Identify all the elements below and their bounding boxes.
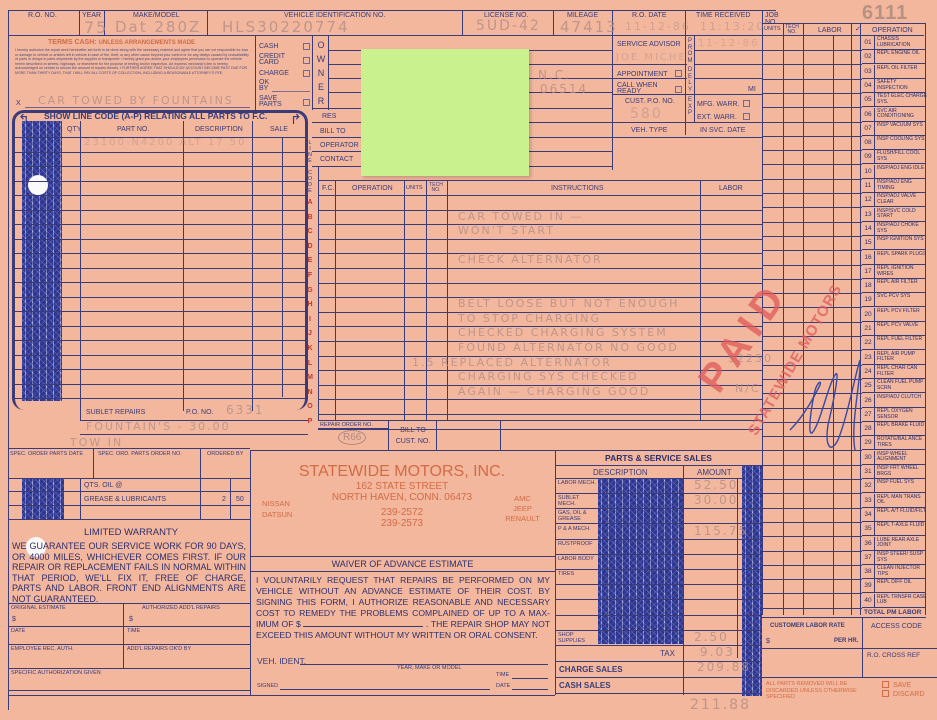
operation-number: 06: [862, 108, 875, 122]
exp-letter: P: [686, 110, 694, 117]
operation-item[interactable]: 27REPL OXYGEN SENSOR: [862, 408, 926, 422]
operation-number: 39: [862, 579, 875, 593]
total-pm-labor-label: TOTAL PM LABOR: [864, 610, 921, 617]
instruction-line[interactable]: TO STOP CHARGING: [458, 312, 601, 325]
owner-letter: W: [314, 52, 328, 66]
operation-item[interactable]: 24REPL CHAR CAN FILTER: [862, 365, 926, 379]
parts-banner: SHOW LINE CODE (A-P) RELATING ALL PARTS …: [44, 112, 267, 121]
operation-item[interactable]: 19SVC PCV SYS: [862, 293, 926, 307]
owner-letter: R: [314, 94, 328, 108]
operation-label: REPL ENGINE OIL: [877, 51, 927, 57]
operation-label: REPL TRNSFR CASE LUB: [877, 595, 927, 607]
sales-row-amount[interactable]: 30.00: [694, 493, 738, 507]
signature-scribble: [780, 355, 870, 470]
operation-label: INSP/ADJ ENG TIMING: [877, 180, 927, 192]
authorized-addl-dollar: $: [129, 616, 133, 623]
operation-number: 19: [862, 293, 875, 307]
in-svc-date-label: IN SVC. DATE: [700, 127, 745, 134]
operation-number: 15: [862, 236, 875, 250]
operation-number: 04: [862, 79, 875, 93]
line-code-i: I: [303, 313, 317, 328]
operation-label: REPL DIFF OIL: [877, 580, 927, 586]
labor-header: LABOR: [719, 185, 743, 192]
operation-label: INSP WHEEL ALIGNMENT: [877, 452, 927, 464]
sublet-repairs-label: SUBLET REPAIRS: [86, 409, 145, 416]
vin-value[interactable]: HLS30220774: [222, 18, 350, 36]
operation-label: REPL T-AXLE FLUID: [877, 523, 927, 529]
instruction-line[interactable]: CHECK ALTERNATOR: [458, 253, 603, 266]
instruction-line[interactable]: BELT LOOSE BUT NOT ENOUGH: [458, 297, 679, 310]
operation-item[interactable]: 31INSP FRT WHEEL BRGS: [862, 465, 926, 479]
credit-card-checkbox[interactable]: [303, 57, 310, 64]
cash-label: CASH: [259, 43, 278, 50]
operation-label: SAFETY INSPECTION: [877, 80, 927, 92]
operation-item[interactable]: 34REPL A/T FLUID/FILT: [862, 508, 926, 522]
time-label: TIME: [127, 629, 140, 635]
operation-number: 20: [862, 308, 875, 322]
operation-label: CHASSIS LUBRICATION: [877, 37, 927, 49]
appointment-checkbox[interactable]: [675, 70, 682, 77]
operation-label: REPL OXYGEN SENSOR: [877, 409, 927, 421]
operation-number: 38: [862, 565, 875, 579]
fc-header: F.C.: [322, 185, 334, 192]
operation-label: INSP STEER/ SUSP SYS: [877, 552, 927, 564]
labor-rate-dollar: $: [766, 638, 770, 645]
charge-sales-value[interactable]: 209.88: [697, 660, 751, 674]
operation-number: 34: [862, 508, 875, 522]
total-note[interactable]: 211.88: [690, 697, 751, 713]
res-label: RES: [322, 113, 336, 120]
employee-rec-label: EMPLOYEE REC. AUTH.: [11, 647, 74, 653]
date-label: DATE: [11, 629, 25, 635]
operation-item[interactable]: 20REPL PCV FILTER: [862, 308, 926, 322]
operation-number: 17: [862, 265, 875, 279]
operation-label: REPL PCV FILTER: [877, 309, 927, 315]
veh-type-label: VEH. TYPE: [631, 127, 667, 134]
operation-label: REPL OIL FILTER: [877, 66, 927, 72]
operation-item[interactable]: 07INSP VACUUM SYS: [862, 122, 926, 136]
line-code-label: LINE CODE: [305, 140, 313, 194]
punch-hole: [28, 175, 48, 195]
repair-order-value[interactable]: R66: [338, 430, 366, 445]
line-code-c: C: [303, 225, 317, 240]
sales-row-amount[interactable]: 115.75: [694, 524, 748, 538]
labor-note[interactable]: N/C: [735, 382, 761, 395]
line-code-a: A: [303, 196, 317, 211]
ro-date-value[interactable]: 11-12-86: [625, 20, 691, 33]
signed-label: SIGNED: [257, 684, 278, 690]
ro-no-label: R.O. NO.: [28, 12, 57, 19]
signature-x: X: [16, 100, 21, 107]
operation-item[interactable]: 21REPL PCV VALVE: [862, 322, 926, 336]
redacted-block: [22, 121, 62, 401]
operation-item[interactable]: 30INSP WHEEL ALIGNMENT: [862, 451, 926, 465]
operation-label: INSP IGNITION SYS: [877, 237, 927, 243]
bill-to-cust-no-label: BILL TO CUST. NO.: [392, 425, 434, 447]
tech-no-label: TECH NO.: [785, 25, 799, 35]
waiver-max-amount-field[interactable]: [303, 619, 423, 627]
dealer-name: STATEWIDE MOTORS, INC.: [252, 463, 552, 481]
operation-item[interactable]: 36LUBE REAR AXLE JOINT: [862, 537, 926, 551]
operation-label: INSP COOLING SYS: [877, 137, 927, 143]
call-when-ready-checkbox[interactable]: [675, 86, 682, 93]
operation-number: 03: [862, 65, 875, 79]
operation-label: INSP/SVC COLD START: [877, 209, 927, 221]
year-make-model-label: YEAR, MAKE OR MODEL: [397, 666, 462, 672]
operator-label: OPERATOR: [320, 142, 359, 149]
operation-number: 36: [862, 537, 875, 551]
operation-item[interactable]: 05TEST ELEC CHARGE SYS.: [862, 93, 926, 107]
operation-label: CLEAN FUEL PUMP SCRN: [877, 380, 927, 392]
operation-number: 13: [862, 208, 875, 222]
po-value[interactable]: 6331: [226, 403, 265, 417]
line-code-k: K: [303, 342, 317, 357]
contact-label: CONTACT: [320, 156, 353, 163]
prom-value[interactable]: 11-12-86: [698, 38, 759, 49]
operation-item[interactable]: 06SVC AIR CONDITIONING: [862, 108, 926, 122]
operation-number: 33: [862, 494, 875, 508]
sales-amount-header: AMOUNT: [697, 469, 732, 477]
operation-label: REPL A/T FLUID/FILT: [877, 509, 927, 515]
parts-notice: ALL PARTS REMOVED WILL BE DISCARDED UNLE…: [766, 681, 866, 701]
operation-item[interactable]: 37INSP STEER/ SUSP SYS: [862, 551, 926, 565]
description-header: DESCRIPTION: [195, 126, 243, 133]
sales-row-label: LABOR BODY: [558, 557, 596, 563]
qts-oil-label: QTS. OIL @: [84, 482, 122, 489]
instructions-header: INSTRUCTIONS: [551, 185, 604, 192]
save-parts-checkbox[interactable]: [303, 99, 310, 106]
waiver-title: WAIVER OF ADVANCE ESTIMATE: [250, 559, 555, 569]
operation-label: INSP FUEL SYS: [877, 480, 927, 486]
operation-number: 32: [862, 479, 875, 493]
line-code-m: M: [303, 371, 317, 386]
operation-number: 12: [862, 193, 875, 207]
operation-number: 21: [862, 322, 875, 336]
brand-nissan: NISSAN: [262, 498, 292, 509]
operation-label: REPL SPARK PLUGS: [877, 252, 927, 258]
operation-item[interactable]: 38CLEAN INJECTOR TIPS: [862, 565, 926, 579]
prom-letter: M: [686, 58, 694, 65]
operation-item[interactable]: 28REPL BRAKE FLUID: [862, 422, 926, 436]
operation-item[interactable]: 10INSP/ADJ ENG IDLE: [862, 165, 926, 179]
operation-label: REPL PCV VALVE: [877, 323, 927, 329]
time-received-value[interactable]: 11:13:20: [700, 20, 765, 33]
dely-letter: Y: [686, 87, 694, 94]
sales-row-label: SUBLET MECH.: [558, 496, 596, 507]
operation-number: 02: [862, 50, 875, 64]
operation-label: REPL MAN TRANS OIL: [877, 495, 927, 507]
operation-number: 01: [862, 36, 875, 50]
operation-item[interactable]: 23REPL AIR PUMP FILTER: [862, 351, 926, 365]
line-code-b: B: [303, 211, 317, 226]
mfg-warr-checkbox[interactable]: [743, 100, 750, 107]
time-received-label: TIME RECEIVED: [696, 12, 750, 19]
customer-labor-rate-label: CUSTOMER LABOR RATE: [770, 623, 845, 629]
operation-item[interactable]: 26INSP/ADJ CLUTCH: [862, 394, 926, 408]
brand-jeep: JEEP: [500, 504, 545, 514]
charge-sales-label: CHARGE SALES: [559, 666, 623, 674]
operation-item[interactable]: 02REPL ENGINE OIL: [862, 50, 926, 64]
credit-card-label: CREDIT CARD: [259, 54, 289, 66]
operation-label: INSP VACUUM SYS: [877, 123, 927, 129]
sales-row-amount[interactable]: 2.50: [694, 630, 729, 644]
ordered-by-label: ORDERED BY: [207, 452, 243, 458]
redacted-block: [22, 479, 64, 519]
operation-item[interactable]: 09FLUSH/FILL COOL SYS: [862, 150, 926, 164]
operation-number: 10: [862, 165, 875, 179]
operation-label: TEST ELEC CHARGE SYS.: [877, 94, 927, 106]
cust-po-label: CUST. P.O. NO.: [625, 98, 675, 105]
per-hr-label: PER HR.: [834, 638, 858, 644]
instruction-line[interactable]: CHARGING SYS CHECKED: [458, 370, 639, 383]
signed-field[interactable]: [280, 689, 490, 690]
operation-item[interactable]: 13INSP/SVC COLD START: [862, 208, 926, 222]
zip-value[interactable]: 06514: [540, 82, 588, 96]
save-checkbox[interactable]: [882, 681, 889, 688]
charge-label: CHARGE: [259, 70, 289, 77]
operation-label: LUBE REAR AXLE JOINT: [877, 538, 927, 550]
operation-item[interactable]: 16REPL SPARK PLUGS: [862, 251, 926, 265]
operation-label: SVC AIR CONDITIONING: [877, 109, 927, 121]
operation-label: CLEAN INJECTOR TIPS: [877, 566, 927, 578]
operation-item[interactable]: 18REPL AIR FILTER: [862, 279, 926, 293]
operation-item[interactable]: 17REPL IGNITION WIRES: [862, 265, 926, 279]
sticky-note[interactable]: [361, 49, 529, 176]
operation-number: 09: [862, 150, 875, 164]
sales-row-label: P & A MECH.: [558, 527, 596, 533]
operation-item[interactable]: 08INSP COOLING SYS: [862, 136, 926, 150]
mi-label: MI: [748, 86, 756, 93]
sublet-line-1[interactable]: FOUNTAIN'S - 30.00: [86, 420, 231, 433]
brand-renault: RENAULT: [500, 514, 545, 524]
discard-checkbox[interactable]: [882, 690, 889, 697]
ro-cross-ref-label: R.O. CROSS REF: [867, 653, 920, 660]
mileage-value[interactable]: 47413: [560, 18, 618, 36]
instruction-line[interactable]: WON'T START: [458, 224, 555, 237]
owner-letter: O: [314, 38, 328, 52]
instruction-line[interactable]: 1.5 REPLACED ALTERNATOR: [412, 356, 612, 369]
make-model-value[interactable]: Dat 280Z: [115, 18, 201, 36]
license-value[interactable]: 5UD-42: [476, 18, 541, 34]
owner-letter: N: [314, 66, 328, 80]
instruction-line[interactable]: FOUND ALTERNATOR NO GOOD: [458, 341, 679, 354]
warranty-title: LIMITED WARRANTY: [84, 527, 178, 538]
year-value[interactable]: 75: [84, 18, 108, 37]
city-value[interactable]: N.C.: [538, 68, 571, 82]
tax-label: TAX: [660, 650, 675, 658]
bill-to-label: BILL TO: [320, 128, 346, 135]
operation-label: REPL FUEL FILTER: [877, 337, 927, 343]
sales-description-header: DESCRIPTION: [593, 469, 648, 477]
operation-item[interactable]: 15INSP IGNITION SYS: [862, 236, 926, 250]
units-header: UNITS: [406, 186, 423, 192]
specific-auth-label: SPECIFIC AUTHORIZATION GIVEN: [11, 671, 101, 677]
sales-row-label: LABOR MECH.: [558, 481, 596, 487]
charge-checkbox[interactable]: [303, 70, 310, 77]
line-code-g: G: [303, 284, 317, 299]
waiver-time-label: TIME: [496, 673, 509, 679]
owner-letter: E: [314, 80, 328, 94]
cash-checkbox[interactable]: [303, 43, 310, 50]
grease-label: GREASE & LUBRICANTS: [84, 496, 166, 503]
authorized-addl-label: AUTHORIZED ADD'L REPAIRS: [142, 606, 220, 612]
line-code-f: F: [303, 269, 317, 284]
operation-item[interactable]: 14INSP/ADJ CHOKE SYS: [862, 222, 926, 236]
spec-order-date-label: SPEC. ORDER PARTS DATE: [10, 452, 83, 458]
terms-title: TERMS CASH:: [48, 39, 97, 46]
operation-number: 11: [862, 179, 875, 193]
operation-label: INSP/ADJ CHOKE SYS: [877, 223, 927, 235]
operation-label: REPL CHAR CAN FILTER: [877, 366, 927, 378]
operation-number: 35: [862, 522, 875, 536]
operation-label: INSP/ADJ CLUTCH: [877, 395, 927, 401]
waiver-date-label: DATE: [496, 684, 510, 690]
sales-row-amount[interactable]: 52.50: [694, 478, 738, 492]
save-label: SAVE: [893, 682, 911, 689]
operation-number: 16: [862, 251, 875, 265]
brand-datsun: DATSUN: [262, 509, 292, 520]
ok-by-label: OK BY: [259, 80, 273, 92]
units-label: UNITS: [764, 27, 781, 33]
grease-dollars: 2: [222, 496, 226, 503]
ext-warr-checkbox[interactable]: [743, 113, 750, 120]
operation-item[interactable]: 33REPL MAN TRANS OIL: [862, 494, 926, 508]
warranty-text: WE GUARANTEE OUR SERVICE WORK FOR 90 DAY…: [12, 541, 246, 604]
operation-item[interactable]: 11INSP/ADJ ENG TIMING: [862, 179, 926, 193]
terms-fine-print: I hereby authorize the repair work herei…: [15, 48, 249, 75]
line-code-d: D: [303, 240, 317, 255]
operation-number: 07: [862, 122, 875, 136]
grease-cents: 50: [236, 496, 244, 503]
original-estimate-dollar: $: [12, 616, 16, 623]
operation-item[interactable]: 39REPL DIFF OIL: [862, 579, 926, 593]
operation-item[interactable]: 12INSP/ADJ VALVE CLEAR: [862, 193, 926, 207]
operation-number: 14: [862, 222, 875, 236]
dealer-street: 162 STATE STREET: [252, 481, 552, 492]
operation-label: SVC PCV SYS: [877, 294, 927, 300]
instruction-line[interactable]: CHECKED CHARGING SYSTEM: [458, 326, 668, 339]
operation-item[interactable]: 22REPL FUEL FILTER: [862, 336, 926, 350]
arrow-right-icon: ↱: [290, 112, 302, 126]
operation-item[interactable]: 29ROTATE/BAL ANCE TIRES: [862, 436, 926, 450]
cash-sales-label: CASH SALES: [559, 682, 611, 690]
operation-label: OPERATION: [872, 27, 913, 34]
line-code-l: L: [303, 357, 317, 372]
terms-subtitle: UNLESS ARRANGEMENTS MADE: [99, 40, 195, 46]
form-number: 6111: [862, 2, 908, 25]
labor-label: LABOR: [818, 27, 842, 34]
line-code-j: J: [303, 327, 317, 342]
sales-title: PARTS & SERVICE SALES: [556, 453, 761, 463]
operation-number: 22: [862, 336, 875, 350]
addl-ok-label: ADD'L REPAIRS OK'D BY: [127, 647, 191, 653]
ext-warr-label: EXT. WARR.: [697, 114, 737, 121]
sales-row-label: RUSTPROOF: [558, 542, 596, 548]
operation-label: REPL IGNITION WIRES: [877, 266, 927, 278]
appointment-label: APPOINTMENT: [617, 71, 668, 78]
parts-first-row-value[interactable]: 23100-N4200 ALT 17 50: [84, 137, 246, 148]
line-code-e: E: [303, 254, 317, 269]
discard-label: DISCARD: [893, 691, 925, 698]
operation-label: FLUSH/FILL COOL SYS: [877, 151, 927, 163]
operation-item[interactable]: 03REPL OIL FILTER: [862, 65, 926, 79]
operation-item[interactable]: 01CHASSIS LUBRICATION: [862, 36, 926, 50]
operation-item[interactable]: 40REPL TRNSFR CASE LUB: [862, 594, 926, 608]
operation-item[interactable]: 04SAFETY INSPECTION: [862, 79, 926, 93]
operation-label: REPL AIR PUMP FILTER: [877, 352, 927, 364]
mfg-warr-label: MFG. WARR.: [697, 101, 740, 108]
po-no-label: P.O. NO.: [186, 409, 214, 416]
brand-amc: AMC: [500, 494, 545, 504]
operation-number: 40: [862, 594, 875, 608]
spec-order-no-label: SPEC. ORD. PARTS ORDER NO.: [98, 452, 182, 458]
repair-order-form: 6111 R.O. NO. YEAR MAKE/MODEL VEHICLE ID…: [0, 0, 937, 720]
operation-item[interactable]: 32INSP FUEL SYS: [862, 479, 926, 493]
operation-item[interactable]: 25CLEAN FUEL PUMP SCRN: [862, 379, 926, 393]
redacted-block: [598, 479, 683, 644]
operation-label: REPL BRAKE FLUID: [877, 423, 927, 429]
veh-ident-label: VEH. IDENT.: [257, 657, 306, 666]
cust-po-value[interactable]: 580: [630, 106, 663, 122]
line-code-o: O: [303, 400, 317, 415]
ro-date-label: R.O. DATE: [632, 12, 666, 19]
operation-label: INSP/ADJ VALVE CLEAR: [877, 194, 927, 206]
operation-label: REPL AIR FILTER: [877, 280, 927, 286]
operation-item[interactable]: 35REPL T-AXLE FLUID: [862, 522, 926, 536]
sale-header: SALE: [270, 126, 288, 133]
save-parts-label: SAVE PARTS: [259, 96, 283, 108]
part-no-header: PART NO.: [117, 126, 149, 133]
sales-row-label: TIRES: [558, 572, 596, 578]
operation-label: INSP FRT WHEEL BRGS: [877, 466, 927, 478]
operation-number: 37: [862, 551, 875, 565]
sales-row-label: SHOP SUPPLIES: [558, 633, 596, 644]
line-code-h: H: [303, 298, 317, 313]
operation-label: INSP/ADJ ENG IDLE: [877, 166, 927, 172]
service-advisor-value[interactable]: JOE MICHE: [616, 52, 687, 63]
operation-header: OPERATION: [352, 185, 393, 192]
signature-value[interactable]: CAR TOWED BY FOUNTAINS: [38, 94, 234, 107]
operation-number: 18: [862, 279, 875, 293]
sales-row-label: GAS, OIL & GREASE: [558, 511, 596, 522]
operation-label: ROTATE/BAL ANCE TIRES: [877, 437, 927, 449]
instruction-line[interactable]: AGAIN — CHARGING GOOD: [458, 385, 650, 398]
tax-value[interactable]: 9.03: [700, 645, 735, 659]
tech-no-header: TECH NO.: [428, 183, 444, 193]
line-code-p: P: [303, 415, 317, 430]
operation-number: 08: [862, 136, 875, 150]
access-code-label: ACCESS CODE: [871, 623, 922, 630]
instruction-line[interactable]: CAR TOWED IN —: [458, 210, 584, 223]
original-estimate-label: ORIGINAL ESTIMATE: [11, 606, 66, 612]
service-advisor-label: SERVICE ADVISOR: [617, 41, 681, 48]
operation-number: 05: [862, 93, 875, 107]
